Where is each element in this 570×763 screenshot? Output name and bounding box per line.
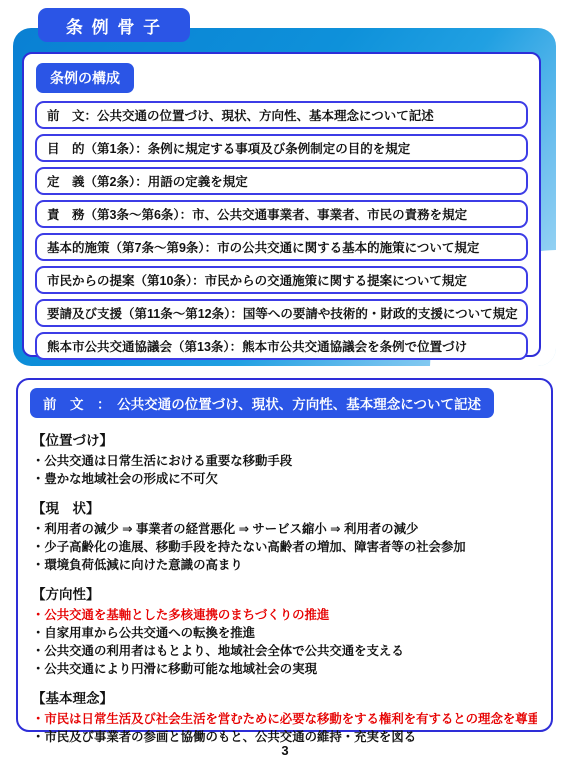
ordinance-item-definition: 定 義（第2条）：用語の定義を規定 — [35, 167, 528, 195]
ordinance-item-request-support: 要請及び支援（第11条～第12条）：国等への要請や技術的・財政的支援について規定 — [35, 299, 528, 327]
bullet: ・公共交通は日常生活における重要な移動手段 — [32, 452, 537, 470]
ordinance-structure-box: 条例の構成 前 文：公共交通の位置づけ、現状、方向性、基本理念について記述 目 … — [22, 52, 541, 357]
section-heading-positioning: 【位置づけ】 — [32, 429, 537, 449]
section-bullets-basic-principle: ・市民は日常生活及び社会生活を営むために必要な移動をする権利を有するとの理念を尊… — [32, 710, 537, 746]
bullet: ・少子高齢化の進展、移動手段を持たない高齢者の増加、障害者等の社会参加 — [32, 538, 537, 556]
bullet: ・豊かな地域社会の形成に不可欠 — [32, 470, 537, 488]
preamble-header-badge: 前 文 ： 公共交通の位置づけ、現状、方向性、基本理念について記述 — [30, 388, 494, 418]
ordinance-item-citizen-proposal: 市民からの提案（第10条）：市民からの交通施策に関する提案について規定 — [35, 266, 528, 294]
ordinance-item-basic-policy: 基本的施策（第7条～第9条）：市の公共交通に関する基本的施策について規定 — [35, 233, 528, 261]
preamble-body: 【位置づけ】 ・公共交通は日常生活における重要な移動手段 ・豊かな地域社会の形成… — [18, 429, 551, 746]
bullet: ・公共交通の利用者はもとより、地域社会全体で公共交通を支える — [32, 642, 537, 660]
section-heading-current-state: 【現 状】 — [32, 497, 537, 517]
page-number: 3 — [0, 743, 570, 758]
section-heading-direction: 【方向性】 — [32, 583, 537, 603]
ordinance-structure-panel: 条例の構成 前 文：公共交通の位置づけ、現状、方向性、基本理念について記述 目 … — [13, 28, 556, 366]
ordinance-item-duty: 責 務（第3条～第6条）：市、公共交通事業者、事業者、市民の責務を規定 — [35, 200, 528, 228]
bullet-emphasis: ・公共交通を基軸とした多核連携のまちづくりの推進 — [32, 606, 537, 624]
bullet: ・利用者の減少 ⇒ 事業者の経営悪化 ⇒ サービス縮小 ⇒ 利用者の減少 — [32, 520, 537, 538]
document-page: 条 例 骨 子 条例の構成 前 文：公共交通の位置づけ、現状、方向性、基本理念に… — [0, 0, 570, 763]
bullet: ・自家用車から公共交通への転換を推進 — [32, 624, 537, 642]
section-heading-basic-principle: 【基本理念】 — [32, 687, 537, 707]
ordinance-item-purpose: 目 的（第1条）：条例に規定する事項及び条例制定の目的を規定 — [35, 134, 528, 162]
ordinance-item-council: 熊本市公共交通協議会（第13条）：熊本市公共交通協議会を条例で位置づけ — [35, 332, 528, 360]
section-bullets-direction: ・公共交通を基軸とした多核連携のまちづくりの推進 ・自家用車から公共交通への転換… — [32, 606, 537, 678]
section-bullets-current-state: ・利用者の減少 ⇒ 事業者の経営悪化 ⇒ サービス縮小 ⇒ 利用者の減少 ・少子… — [32, 520, 537, 574]
preamble-detail-box: 前 文 ： 公共交通の位置づけ、現状、方向性、基本理念について記述 【位置づけ】… — [16, 378, 553, 732]
section-bullets-positioning: ・公共交通は日常生活における重要な移動手段 ・豊かな地域社会の形成に不可欠 — [32, 452, 537, 488]
structure-label-badge: 条例の構成 — [36, 63, 134, 93]
bullet: ・環境負荷低減に向けた意識の高まり — [32, 556, 537, 574]
page-title: 条 例 骨 子 — [38, 8, 190, 42]
ordinance-item-preamble: 前 文：公共交通の位置づけ、現状、方向性、基本理念について記述 — [35, 101, 528, 129]
bullet: ・公共交通により円滑に移動可能な地域社会の実現 — [32, 660, 537, 678]
bullet-emphasis: ・市民は日常生活及び社会生活を営むために必要な移動をする権利を有するとの理念を尊… — [32, 710, 537, 728]
